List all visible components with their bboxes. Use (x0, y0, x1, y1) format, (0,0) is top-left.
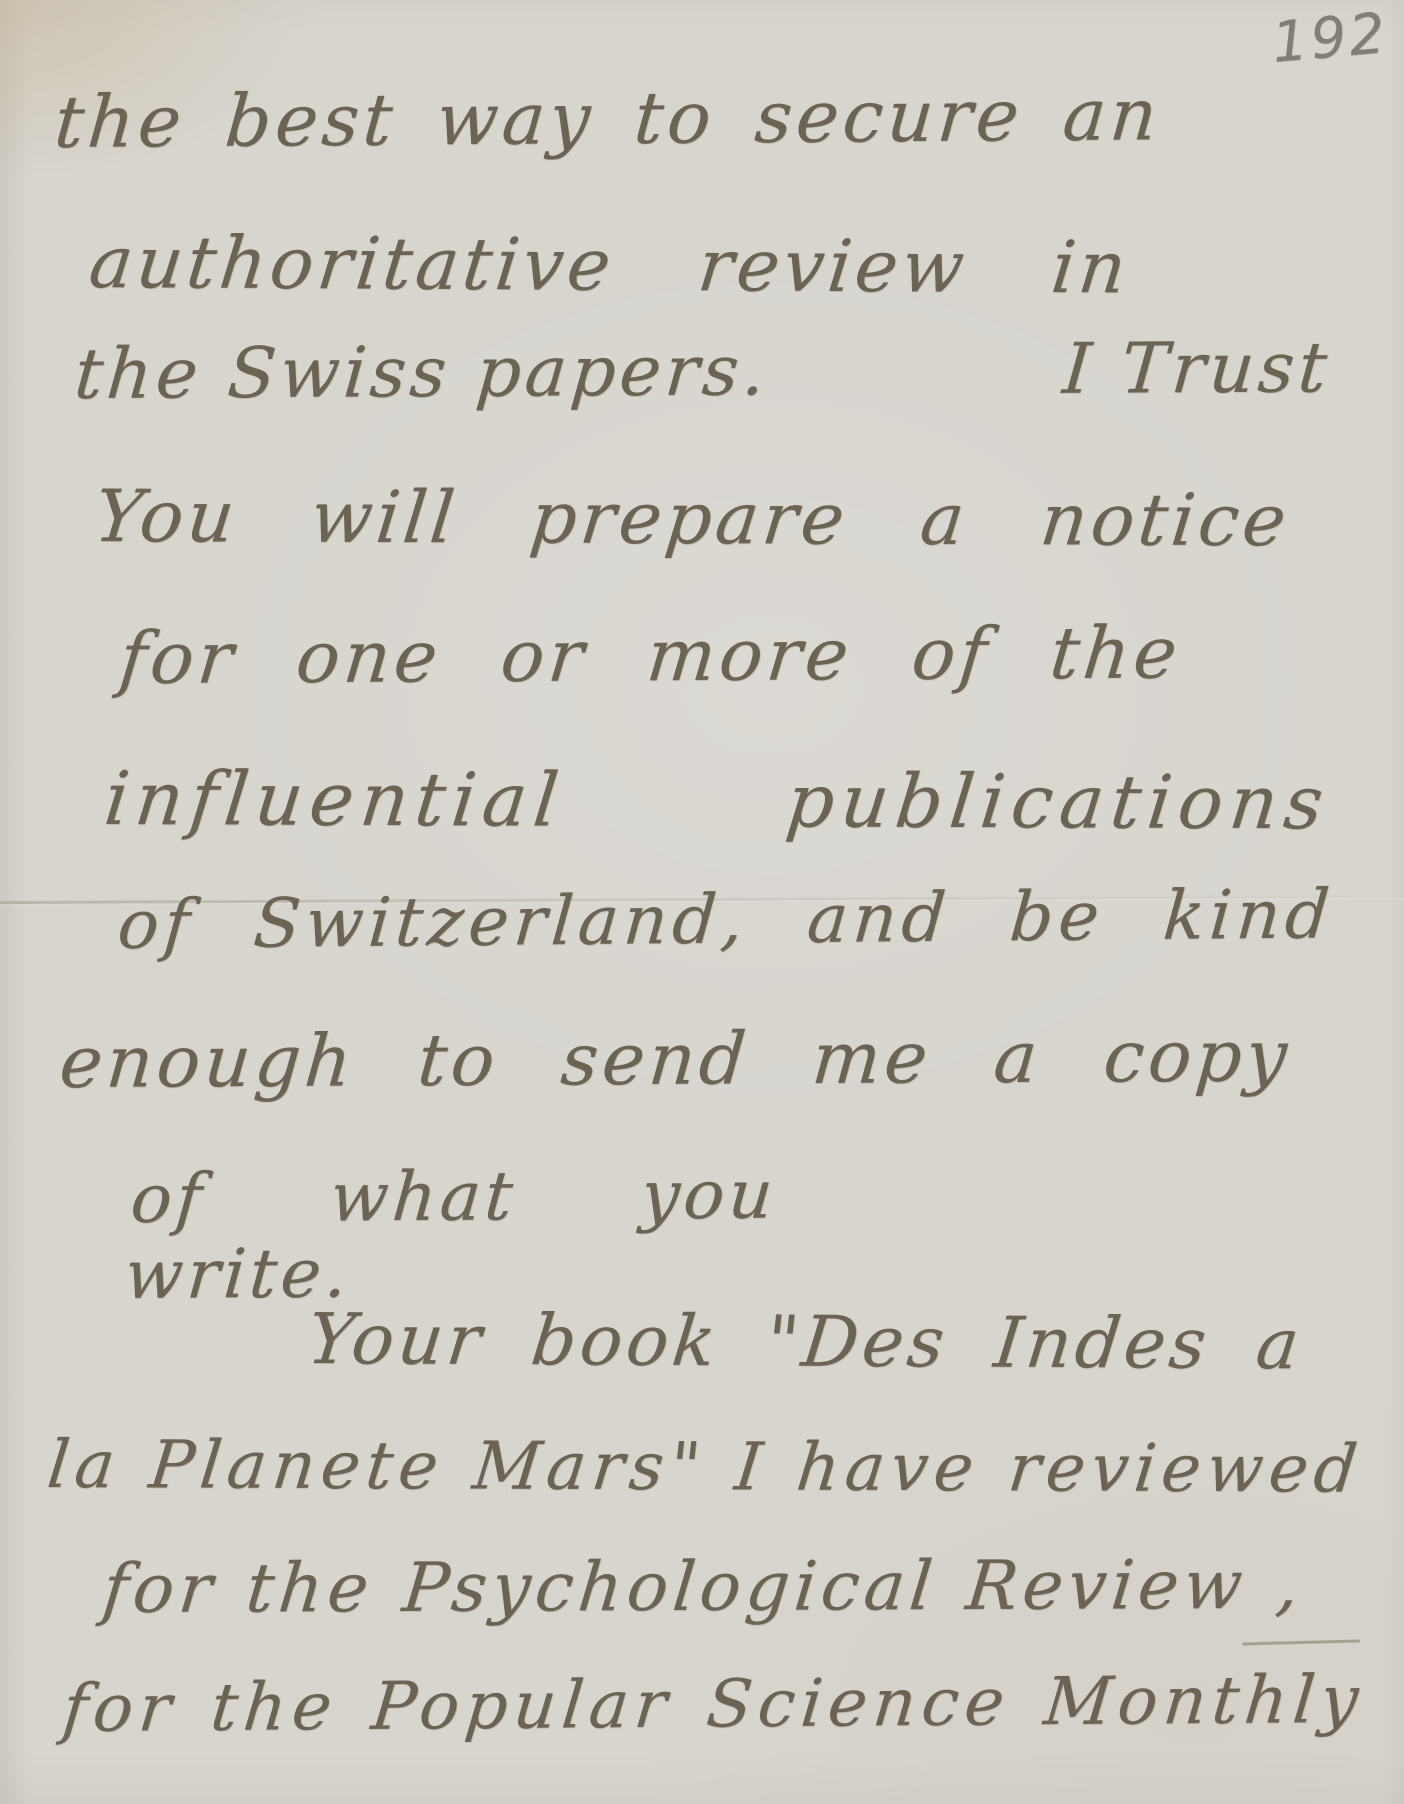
handwritten-line-1: the best way to secure an (52, 74, 1164, 162)
handwritten-line-8: enough to send me a copy (57, 1016, 1294, 1103)
handwritten-line-12: for the Psychological Review , (99, 1548, 1307, 1628)
handwritten-line-4: You will prepare a notice (91, 476, 1294, 561)
page-number: 192 (1269, 1, 1390, 76)
handwritten-line-10: Your book "Des Indes a (304, 1300, 1307, 1384)
letter-page: 192 the best way to secure an authoritat… (0, 0, 1404, 1804)
handwritten-line-2: authoritative review in (86, 222, 1134, 308)
handwritten-line-11: la Planete Mars" I have reviewed (44, 1428, 1367, 1506)
handwritten-line-13: for the Popular Science Monthly (59, 1663, 1367, 1746)
handwritten-line-9: of what you write. (122, 1157, 780, 1314)
handwritten-line-3-right: I Trust (1060, 328, 1334, 408)
handwritten-line-3-left: the Swiss papers. (72, 331, 772, 413)
handwritten-line-5: for one or more of the (116, 612, 1185, 698)
handwritten-line-7: of Switzerland, and be kind (115, 877, 1337, 964)
ink-dash-mark (1242, 1639, 1360, 1645)
handwritten-line-3: the Swiss papers. I Trust (72, 328, 1334, 413)
handwritten-line-6: influential publications (101, 758, 1335, 845)
